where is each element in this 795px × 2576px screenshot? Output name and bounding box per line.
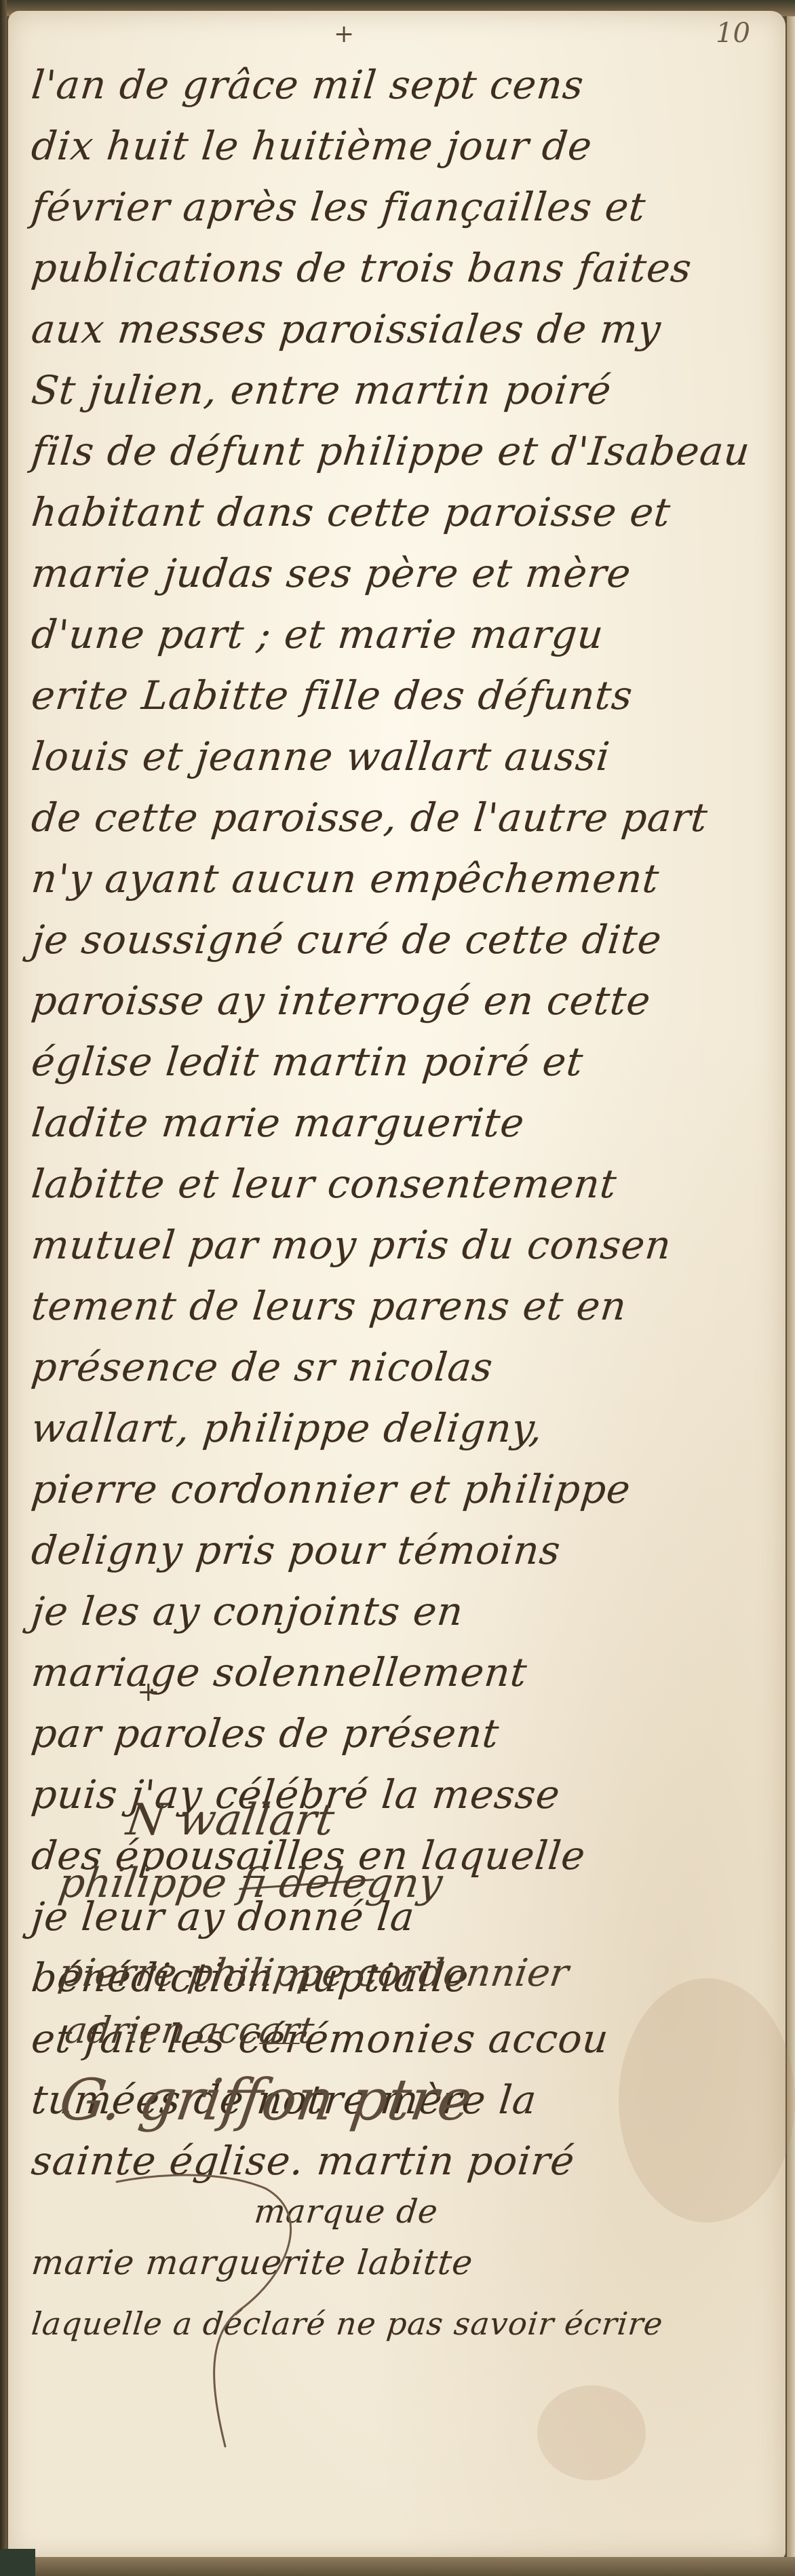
text-line: église ledit martin poiré et — [28, 1031, 767, 1092]
adjacent-page-edge — [787, 16, 795, 2557]
paraph-flourish — [110, 2168, 327, 2453]
signature-dash — [259, 2043, 300, 2044]
signature-priest-griffon: G. griffon ptre — [56, 2066, 476, 2133]
text-line: deligny pris pour témoins — [28, 1520, 767, 1581]
paper-stain — [537, 2385, 646, 2480]
text-line: ladite marie marguerite — [28, 1092, 767, 1153]
text-line: wallart, philippe deligny, — [28, 1398, 767, 1459]
text-line: labitte et leur consentement — [28, 1153, 767, 1214]
text-line: présence de sr nicolas — [28, 1337, 767, 1398]
text-line: paroisse ay interrogé en cette — [28, 970, 767, 1031]
text-line: fils de défunt philippe et d'Isabeau — [28, 421, 767, 482]
text-line: d'une part ; et marie margu — [28, 604, 767, 665]
text-line: je les ay conjoints en — [28, 1581, 767, 1642]
text-line: de cette paroisse, de l'autre part — [28, 787, 767, 848]
text-line: mutuel par moy pris du consen — [28, 1214, 767, 1275]
text-line: tement de leurs parens et en — [28, 1275, 767, 1337]
text-line: aux messes paroissiales de my — [28, 299, 767, 360]
text-line: publications de trois bans faites — [28, 237, 767, 299]
text-line: février après les fiançailles et — [28, 176, 767, 237]
text-line: je soussigné curé de cette dite — [28, 909, 767, 970]
signature-pierre-philippe-cordonnier: pierre philippe cordonnier — [56, 1951, 571, 1995]
text-line: dix huit le huitième jour de — [28, 115, 767, 176]
text-line: louis et jeanne wallart aussi — [28, 726, 767, 787]
text-line: St julien, entre martin poiré — [28, 360, 767, 421]
text-line: par paroles de présent — [28, 1703, 767, 1764]
text-line: l'an de grâce mil sept cens — [28, 54, 767, 115]
manuscript-page: + 10 l'an de grâce mil sept cens dix hui… — [8, 11, 786, 2559]
book-binding-left — [0, 0, 7, 2576]
book-binding-bottom — [0, 2557, 795, 2576]
cross-mark-signature: + — [137, 1676, 160, 1708]
text-line: n'y ayant aucun empêchement — [28, 848, 767, 909]
signature-adrien-accart: adrien accart — [62, 2009, 317, 2052]
text-line: pierre cordonnier et philippe — [28, 1459, 767, 1520]
folio-number: 10 — [716, 18, 750, 49]
signature-wallart: N wallart — [123, 1795, 337, 1845]
signature-philippe-delegny: philippe fi delegny — [56, 1860, 446, 1907]
text-line: erite Labitte fille des défunts — [28, 665, 767, 726]
binding-cloth — [0, 2549, 35, 2576]
text-line: habitant dans cette paroisse et — [28, 482, 767, 543]
cross-mark-top: + — [334, 20, 354, 48]
text-line: marie judas ses père et mère — [28, 543, 767, 604]
